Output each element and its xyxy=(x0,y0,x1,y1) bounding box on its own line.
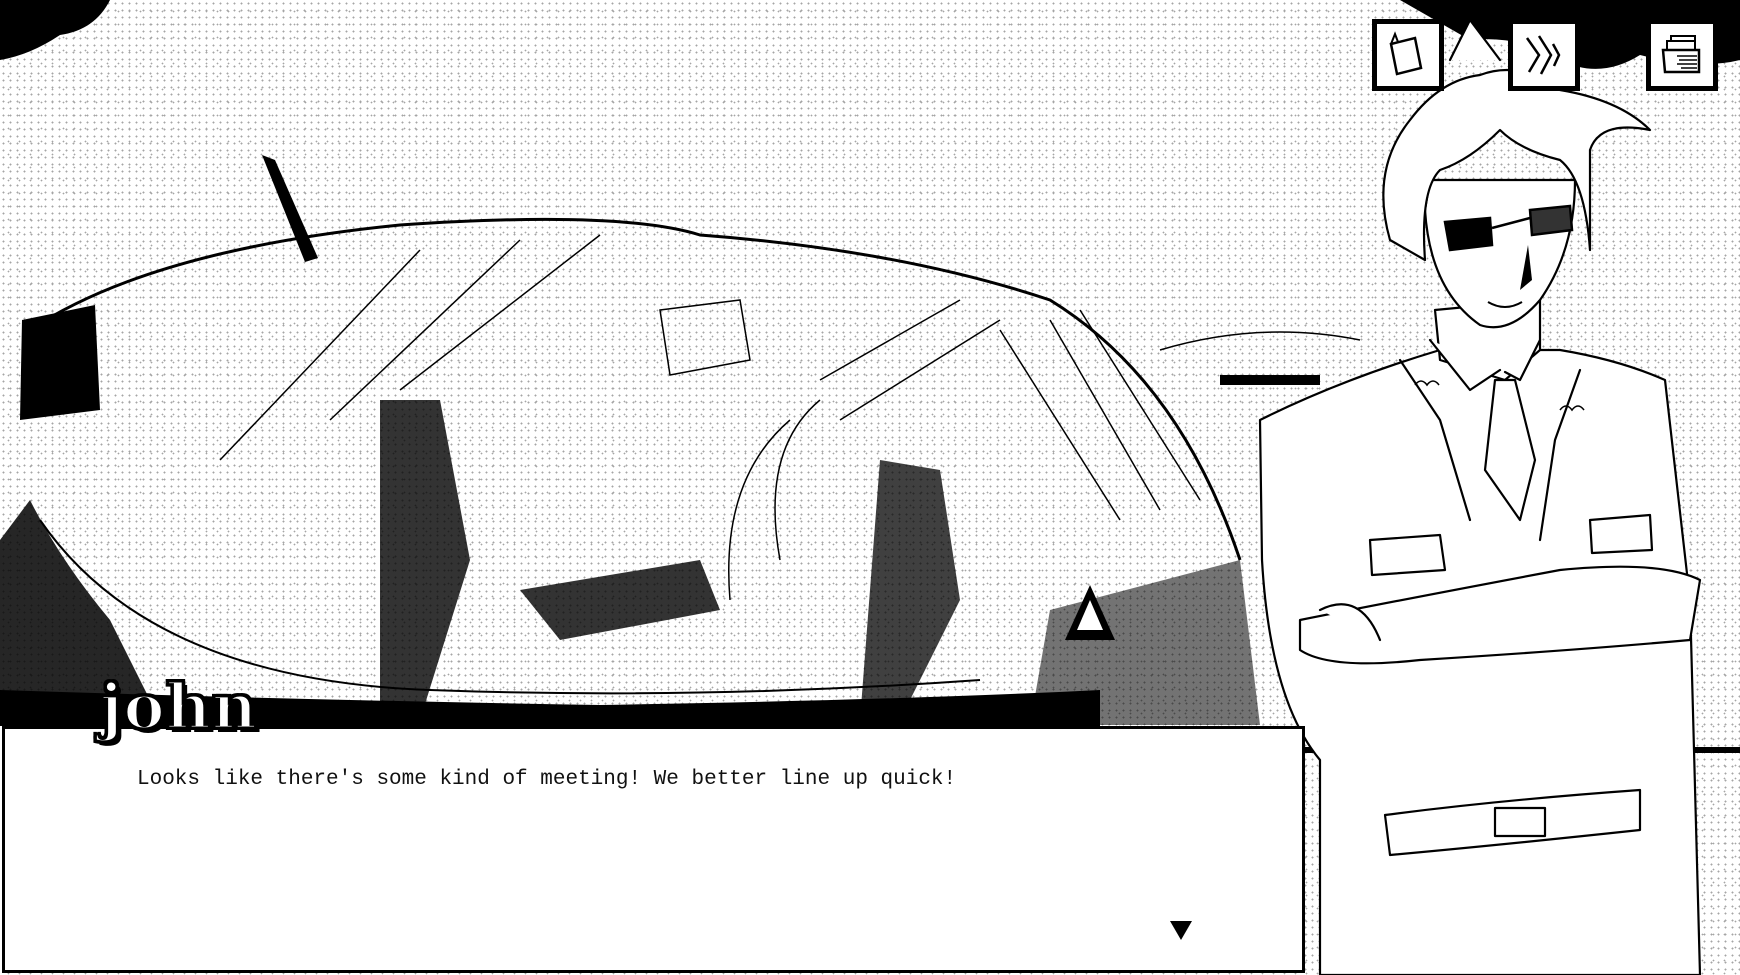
speaker-name: john xyxy=(100,676,258,738)
folder-documents-icon xyxy=(1655,28,1709,82)
fast-forward-icon xyxy=(1517,28,1571,82)
dialogue-box[interactable] xyxy=(2,726,1305,973)
log-button[interactable] xyxy=(1646,19,1718,91)
triangle-down-icon[interactable] xyxy=(1170,921,1192,940)
skip-button[interactable] xyxy=(1508,19,1580,91)
journal-button[interactable] xyxy=(1372,19,1444,91)
book-icon xyxy=(1381,28,1435,82)
dialogue-text: Looks like there's some kind of meeting!… xyxy=(137,768,956,791)
game-scene[interactable]: john Looks like there's some kind of mee… xyxy=(0,0,1740,975)
